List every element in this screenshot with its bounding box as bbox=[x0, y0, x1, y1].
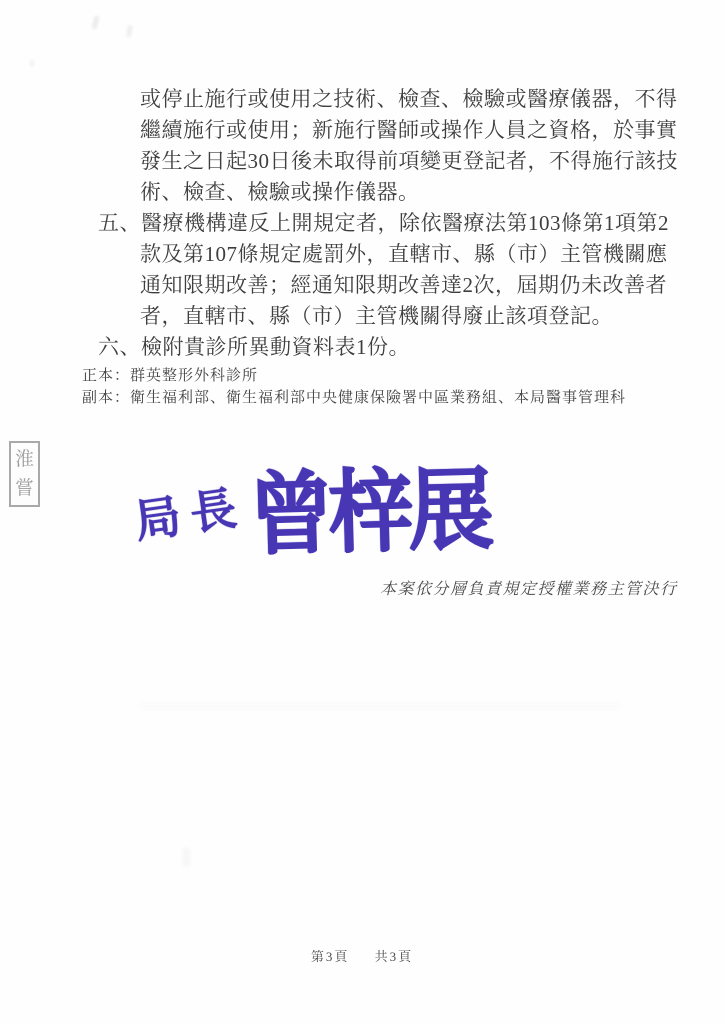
body-line-3: 發生之日起30日後未取得前項變更登記者，不得施行該技 bbox=[0, 146, 724, 177]
document-page: 或停止施行或使用之技術、檢查、檢驗或醫療儀器，不得 繼續施行或使用；新施行醫師或… bbox=[0, 0, 724, 1024]
original-recipient-line: 正本：群英整形外科診所 bbox=[82, 366, 626, 388]
body-line-4: 術、檢查、檢驗或操作儀器。 bbox=[0, 177, 724, 208]
scan-artifact bbox=[126, 25, 133, 38]
edge-seal-char-top: 淮 bbox=[15, 445, 34, 474]
authorization-note: 本案依分層負責規定授權業務主管決行 bbox=[380, 576, 678, 599]
copy-recipients: 正本：群英整形外科診所 副本：衛生福利部、衛生福利部中央健康保險署中區業務組、本… bbox=[82, 366, 626, 409]
scan-artifact bbox=[140, 703, 620, 709]
body-line-7: 通知限期改善；經通知限期改善達2次，屆期仍未改善者 bbox=[0, 270, 724, 301]
body-line-6: 款及第107條規定處罰外，直轄市、縣（市）主管機關應 bbox=[0, 239, 724, 270]
signature-title-stamp: 局長 bbox=[130, 471, 250, 552]
edge-seal-char-bottom: 嘗 bbox=[15, 474, 34, 503]
letter-body: 或停止施行或使用之技術、檢查、檢驗或醫療儀器，不得 繼續施行或使用；新施行醫師或… bbox=[0, 84, 724, 363]
body-line-1: 或停止施行或使用之技術、檢查、檢驗或醫療儀器，不得 bbox=[0, 84, 724, 115]
page-number-label: 第3頁 bbox=[311, 949, 350, 964]
body-line-8: 者，直轄市、縣（市）主管機關得廢止該項登記。 bbox=[0, 301, 724, 332]
page-footer: 第3頁 共3頁 bbox=[0, 946, 724, 965]
body-line-9-item-six: 六、檢附貴診所異動資料表1份。 bbox=[0, 332, 724, 363]
scan-artifact bbox=[183, 848, 190, 866]
signature-name-stamp: 曾梓展 bbox=[246, 436, 489, 572]
page-total-label: 共3頁 bbox=[375, 949, 414, 964]
scan-artifact bbox=[92, 16, 100, 30]
body-line-2: 繼續施行或使用；新施行醫師或操作人員之資格，於事實 bbox=[0, 115, 724, 146]
scan-artifact bbox=[30, 60, 34, 67]
cc-recipient-line: 副本：衛生福利部、衛生福利部中央健康保險署中區業務組、本局醫事管理科 bbox=[82, 388, 626, 410]
body-line-5-item-five: 五、醫療機構違反上開規定者，除依醫療法第103條第1項第2 bbox=[0, 208, 724, 239]
edge-seal-stamp-icon: 淮 嘗 bbox=[9, 441, 40, 507]
